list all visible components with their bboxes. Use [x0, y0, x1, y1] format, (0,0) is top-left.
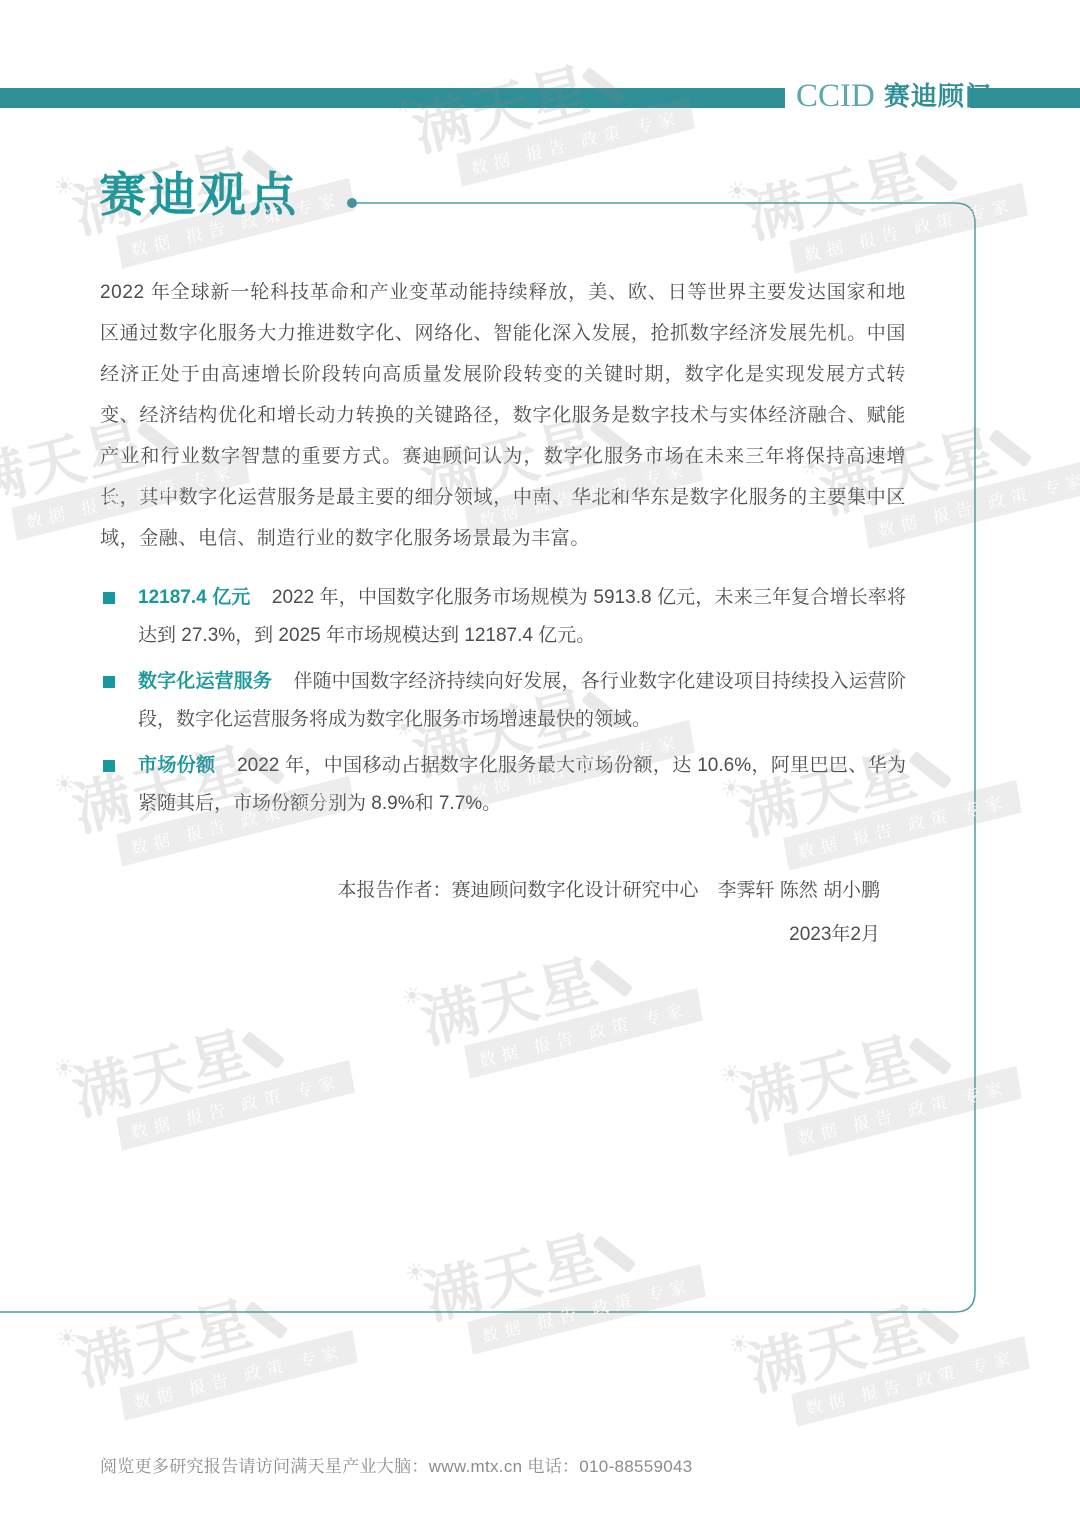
main-content: 2022 年全球新一轮科技革命和产业变革动能持续释放，美、欧、日等世界主要发达国… [100, 272, 906, 957]
watermark-subtext: 数据 报告 政策 专家 [116, 1060, 355, 1151]
watermark-tail-stroke-icon [908, 751, 952, 790]
watermark: ☀满天星数据 报告 政策 专家 [419, 1209, 694, 1362]
watermark-tail-stroke-icon [241, 1031, 285, 1070]
watermark-subtext: 数据 报告 政策 专家 [789, 183, 1028, 274]
sun-star-icon: ☀ [51, 172, 80, 201]
watermark-brand-text: ☀满天星 [68, 1005, 334, 1124]
bullet-label: 12187.4 亿元 [138, 587, 250, 608]
bullet-label: 数字化运营服务 [138, 671, 272, 692]
watermark-text: 满天星 [734, 1027, 924, 1134]
sun-star-icon: ☀ [718, 1060, 747, 1089]
sun-star-icon: ☀ [54, 1324, 83, 1353]
header-bar-left [0, 88, 785, 108]
watermark-brand-text: ☀满天星 [419, 1209, 685, 1328]
watermark-text: 满天星 [70, 1291, 260, 1398]
watermark-text: 满天星 [740, 144, 930, 251]
watermark-subtext: 数据 报告 政策 专家 [119, 1330, 358, 1421]
watermark-text: 满天星 [742, 1297, 932, 1404]
watermark: ☀满天星数据 报告 政策 专家 [735, 1011, 1010, 1164]
watermark-tail-stroke-icon [244, 1301, 288, 1340]
watermark: ☀满天星数据 报告 政策 专家 [408, 41, 683, 194]
watermark-text: 满天星 [67, 1021, 257, 1128]
page-title: 赛迪观点 [99, 164, 299, 225]
bullet-text: 2022 年，中国移动占据数字化服务最大市场份额，达 10.6%，阿里巴巴、华为… [138, 755, 906, 814]
authors-line: 本报告作者：赛迪顾问数字化设计研究中心 李霁轩 陈然 胡小鹏 [100, 869, 880, 913]
watermark-brand-text: ☀满天星 [743, 1281, 1009, 1400]
list-item: 12187.4 亿元 2022 年，中国数字化服务市场规模为 5913.8 亿元… [100, 579, 906, 655]
bullet-text: 2022 年，中国数字化服务市场规模为 5913.8 亿元，未来三年复合增长率将… [138, 587, 906, 646]
brand-logo: CCID 赛迪顾问 [796, 76, 992, 116]
list-item: 市场份额 2022 年，中国移动占据数字化服务最大市场份额，达 10.6%，阿里… [100, 747, 906, 823]
watermark-tail-stroke-icon [988, 429, 1032, 468]
sun-star-icon: ☀ [726, 1330, 755, 1359]
watermark-text: 满天星 [415, 949, 605, 1056]
watermark-text: 满天星 [407, 57, 597, 164]
list-item: 数字化运营服务 伴随中国数字经济持续向好发展，各行业数字化建设项目持续投入运营阶… [100, 663, 906, 739]
bullet-square-icon [103, 592, 115, 604]
watermark-tail-stroke-icon [916, 1307, 960, 1346]
watermark: ☀满天星数据 报告 政策 专家 [71, 1275, 346, 1428]
report-date: 2023年2月 [100, 913, 880, 957]
watermark: ☀满天星数据 报告 政策 专家 [743, 1281, 1018, 1434]
watermark-subtext: 数据 报告 政策 专家 [456, 96, 695, 187]
key-points-list: 12187.4 亿元 2022 年，中国数字化服务市场规模为 5913.8 亿元… [100, 579, 906, 823]
intro-paragraph: 2022 年全球新一轮科技革命和产业变革动能持续释放，美、欧、日等世界主要发达国… [100, 272, 906, 559]
sun-star-icon: ☀ [51, 770, 80, 799]
watermark-tail-stroke-icon [592, 1235, 636, 1274]
watermark-subtext: 数据 报告 政策 专家 [783, 1066, 1022, 1157]
bullet-square-icon [103, 760, 115, 772]
watermark-subtext: 数据 报告 政策 专家 [467, 1264, 706, 1355]
sun-star-icon: ☀ [399, 982, 428, 1011]
watermark-tail-stroke-icon [914, 154, 958, 193]
footer-note: 阅览更多研究报告请访问满天星产业大脑：www.mtx.cn 电话：010-885… [100, 1452, 693, 1477]
logo-ccid-text: CCID [796, 80, 875, 113]
watermark-subtext: 数据 报告 政策 专家 [791, 1336, 1030, 1427]
sun-star-icon: ☀ [402, 1258, 431, 1287]
watermark-tail-stroke-icon [589, 959, 633, 998]
sun-star-icon: ☀ [724, 177, 753, 206]
watermark: ☀满天星数据 报告 政策 专家 [68, 1005, 343, 1158]
byline-block: 本报告作者：赛迪顾问数字化设计研究中心 李霁轩 陈然 胡小鹏 2023年2月 [100, 869, 880, 957]
sun-star-icon: ☀ [51, 1054, 80, 1083]
title-line-dot [347, 198, 357, 208]
header-bar-right [970, 88, 1080, 108]
report-page: CCID 赛迪顾问 赛迪观点 2022 年全球新一轮科技革命和产业变革动能持续释… [0, 0, 1080, 1527]
watermark-text: 满天星 [418, 1225, 608, 1332]
watermark-tail-stroke-icon [908, 1037, 952, 1076]
watermark-brand-text: ☀满天星 [735, 1011, 1001, 1130]
watermark-brand-text: ☀满天星 [71, 1275, 337, 1394]
watermark: ☀满天星数据 报告 政策 专家 [741, 128, 1016, 281]
watermark-brand-text: ☀满天星 [741, 128, 1007, 247]
bullet-label: 市场份额 [138, 755, 215, 776]
bullet-square-icon [103, 676, 115, 688]
watermark-subtext: 数据 报告 政策 专家 [464, 988, 703, 1079]
